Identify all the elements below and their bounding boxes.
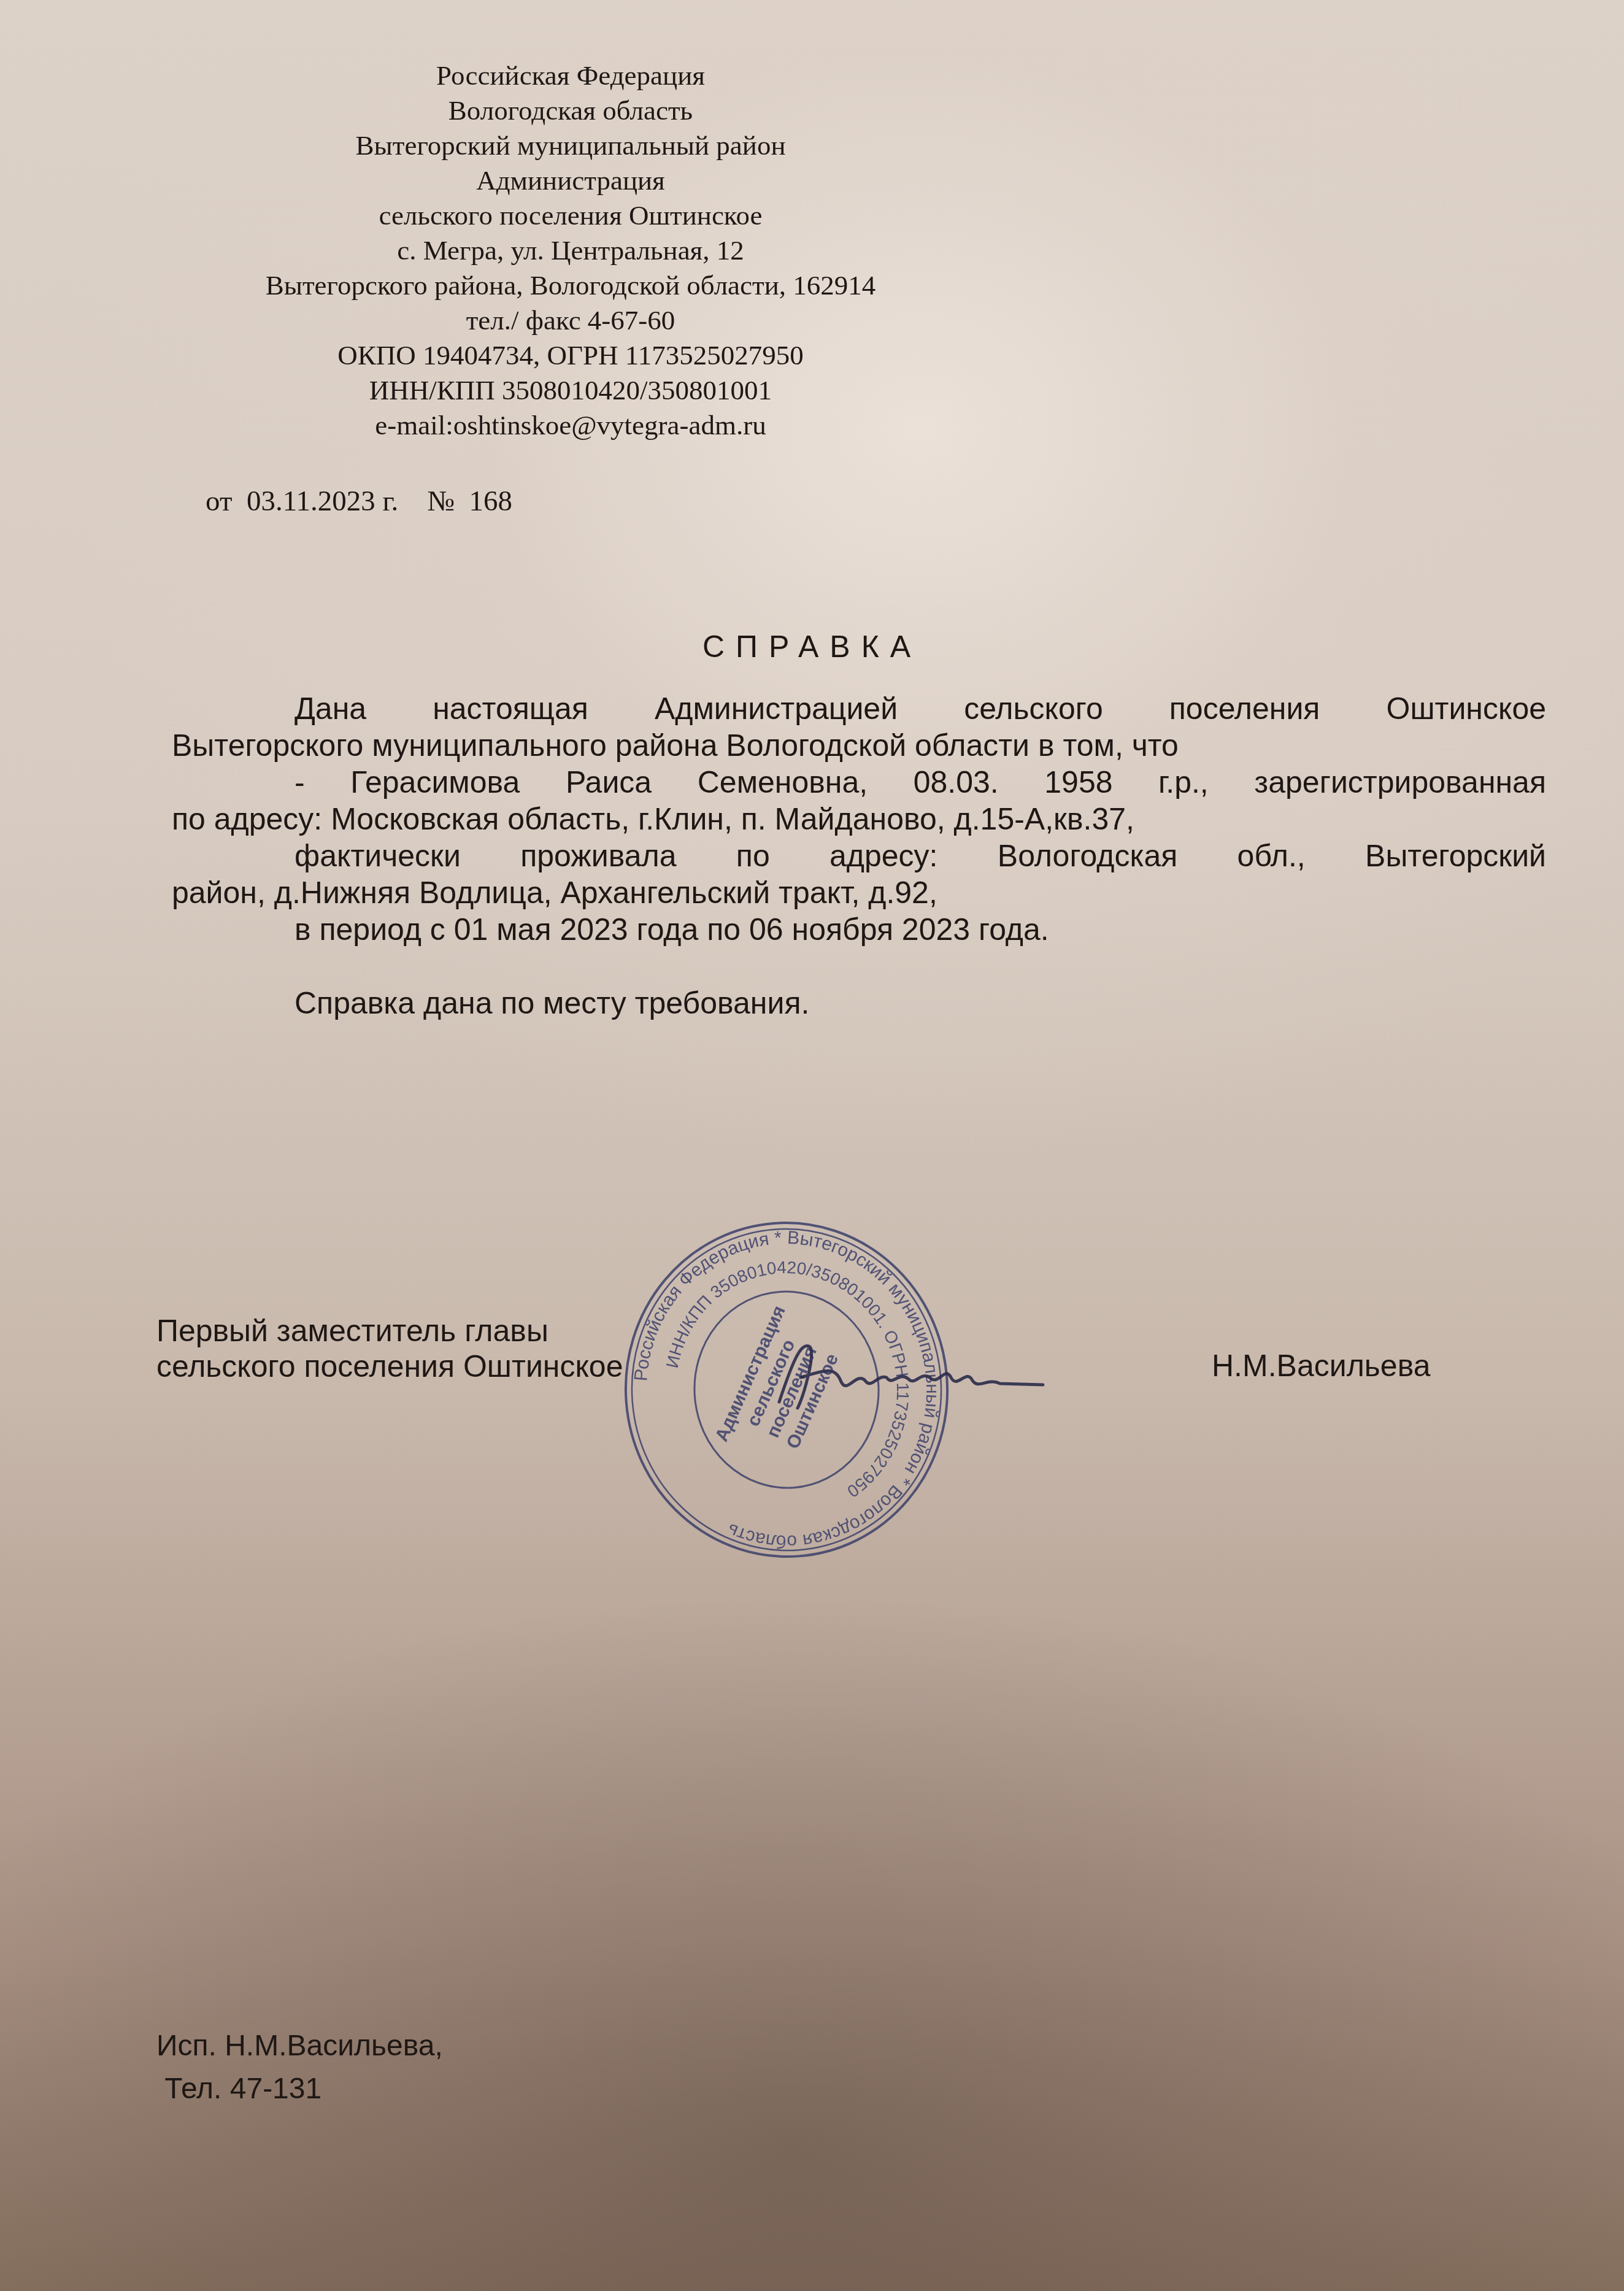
document-page: Российская Федерация Вологодская область… [0, 0, 1624, 2291]
spacer [172, 948, 1546, 985]
date-label: от [206, 485, 232, 517]
paragraph-purpose: Справка дана по месту требования. [172, 985, 1546, 1022]
document-reference: от 03.11.2023 г. № 168 [206, 485, 512, 518]
letterhead-region: Вологодская область [172, 93, 969, 128]
document-title: СПРАВКА [0, 629, 1624, 664]
letterhead-inn-kpp: ИНН/КПП 3508010420/350801001 [172, 373, 969, 408]
letterhead-phone: тел./ факс 4-67-60 [172, 303, 969, 338]
document-number: 168 [469, 485, 513, 517]
executor-info: Исп. Н.М.Васильева, Тел. 47-131 [156, 2025, 443, 2111]
paragraph-person-line-2: по адресу: Московская область, г.Клин, п… [172, 801, 1546, 837]
letterhead-address: с. Мегра, ул. Центральная, 12 [172, 233, 969, 268]
signer-name: Н.М.Васильева [1212, 1348, 1430, 1384]
letterhead-district: Вытегорский муниципальный район [172, 128, 969, 163]
letterhead-country: Российская Федерация [172, 58, 969, 93]
paragraph-issuer-line-2: Вытегорского муниципального района Волог… [172, 727, 1546, 764]
paragraph-issuer-line-1: Дана настоящая Администрацией сельского … [172, 690, 1546, 727]
letterhead-org: Администрация [172, 163, 969, 198]
executor-phone: Тел. 47-131 [156, 2068, 443, 2111]
document-date: 03.11.2023 г. [247, 485, 398, 517]
paragraph-residence-line-2: район, д.Нижняя Водлица, Архангельский т… [172, 874, 1546, 911]
letterhead-address-2: Вытегорского района, Вологодской области… [172, 268, 969, 303]
number-label: № [427, 485, 455, 517]
letterhead: Российская Федерация Вологодская область… [172, 58, 969, 443]
paragraph-person-line-1: - Герасимова Раиса Семеновна, 08.03. 195… [172, 764, 1546, 801]
paragraph-period: в период с 01 мая 2023 года по 06 ноября… [172, 911, 1546, 948]
paragraph-residence-line-1: фактически проживала по адресу: Вологодс… [172, 837, 1546, 874]
handwritten-signature-icon [755, 1328, 1061, 1427]
executor-name: Исп. Н.М.Васильева, [156, 2025, 443, 2068]
letterhead-settlement: сельского поселения Оштинское [172, 198, 969, 233]
letterhead-email: e-mail:oshtinskoe@vytegra-adm.ru [172, 408, 969, 443]
letterhead-okpo-ogrn: ОКПО 19404734, ОГРН 1173525027950 [172, 338, 969, 373]
document-body: Дана настоящая Администрацией сельского … [172, 690, 1546, 1022]
